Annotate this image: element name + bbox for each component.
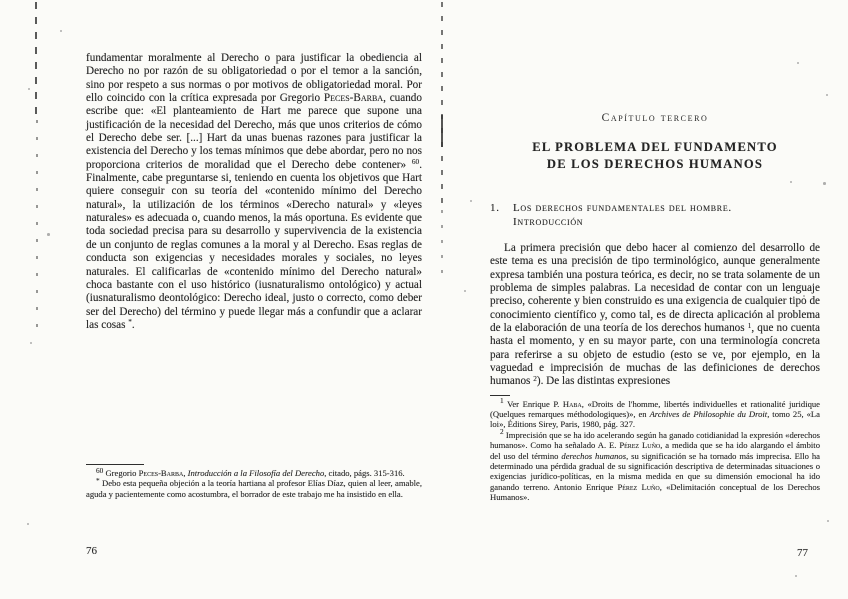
scan-speck: [60, 30, 62, 32]
right-page-number: 77: [797, 547, 808, 559]
section-title: Los derechos fundamentales del hombre. I…: [513, 201, 732, 229]
section-title-line: Los derechos fundamentales del hombre.: [513, 201, 732, 215]
left-footnote-star: * Debo esta pequeña objeción a la teoría…: [86, 478, 422, 499]
left-footnote-rule: [86, 464, 144, 465]
left-edge-binding-mark-dots: [36, 120, 38, 338]
scan-speck: [464, 290, 466, 292]
left-edge-binding-mark: [35, 2, 37, 118]
section-heading: 1. Los derechos fundamentales del hombre…: [490, 201, 820, 229]
scan-speck: [30, 342, 32, 344]
left-footnote-60: 60 Gregorio Peces-Barba, Introducción a …: [86, 468, 422, 478]
book-scan-spread: { "left_page": { "page_number": "76", "b…: [0, 0, 848, 599]
left-body-text: fundamentar moralmente al Derecho o para…: [86, 52, 422, 332]
scan-speck: [797, 62, 799, 64]
right-body-text: La primera precisión que debo hacer al c…: [490, 242, 820, 389]
chapter-label: Capítulo tercero: [490, 112, 820, 124]
left-page-number: 76: [86, 545, 97, 557]
center-gutter-mark-dots: [441, 210, 443, 285]
scan-speck: [823, 182, 826, 185]
scan-speck: [27, 523, 29, 525]
scan-speck: [470, 200, 472, 202]
center-gutter-mark: [441, 2, 443, 207]
scan-speck: [28, 88, 30, 90]
chapter-title-line-2: DE LOS DERECHOS HUMANOS: [490, 156, 820, 173]
section-number: 1.: [490, 201, 513, 229]
left-footnote-block: 60 Gregorio Peces-Barba, Introducción a …: [86, 464, 422, 499]
center-gutter-mark-solid: [441, 115, 443, 147]
right-footnote-1: 1 Ver Enrique P. Haba, «Droits de l'homm…: [490, 399, 820, 430]
right-footnote-2: 2 Imprecisión que se ha ido acelerando s…: [490, 430, 820, 502]
scan-speck: [826, 94, 828, 96]
scan-speck: [47, 233, 50, 236]
section-subtitle: Introducción: [513, 215, 732, 229]
scan-speck: [827, 520, 829, 522]
chapter-title-line-1: EL PROBLEMA DEL FUNDAMENTO: [490, 139, 820, 156]
left-page: fundamentar moralmente al Derecho o para…: [86, 52, 422, 599]
right-page: Capítulo tercero EL PROBLEMA DEL FUNDAME…: [490, 112, 820, 599]
chapter-title: EL PROBLEMA DEL FUNDAMENTO DE LOS DERECH…: [490, 139, 820, 172]
